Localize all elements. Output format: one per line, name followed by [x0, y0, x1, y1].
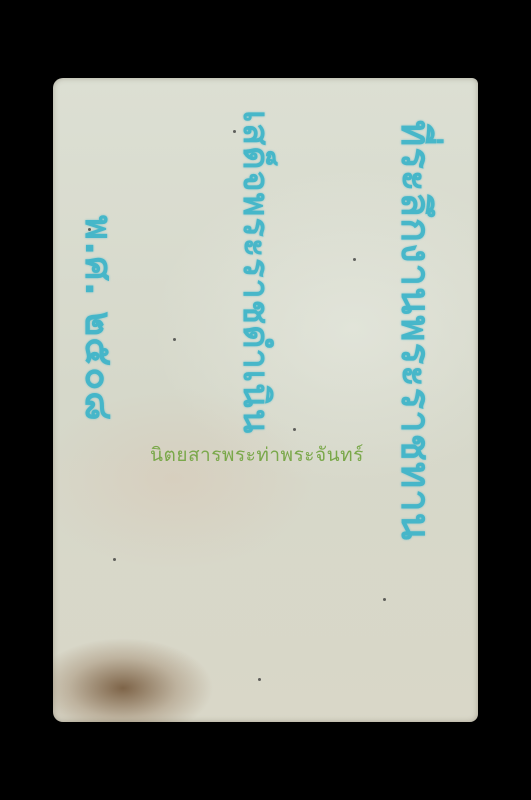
stamp-inscription-middle: เสด็จพระราชดำเนิน — [228, 110, 285, 434]
speck — [113, 558, 116, 561]
speck — [353, 258, 356, 261]
stamp-inscription-right: ที่ระลึกงานพระราชทาน — [384, 120, 448, 541]
watermark-text: นิตยสารพระท่าพระจันทร์ — [150, 440, 364, 470]
speck — [293, 428, 296, 431]
speck — [383, 598, 386, 601]
stamp-inscription-left: พ.ศ. ๒๕๐๘ — [69, 215, 130, 422]
speck — [258, 678, 261, 681]
speck — [173, 338, 176, 341]
